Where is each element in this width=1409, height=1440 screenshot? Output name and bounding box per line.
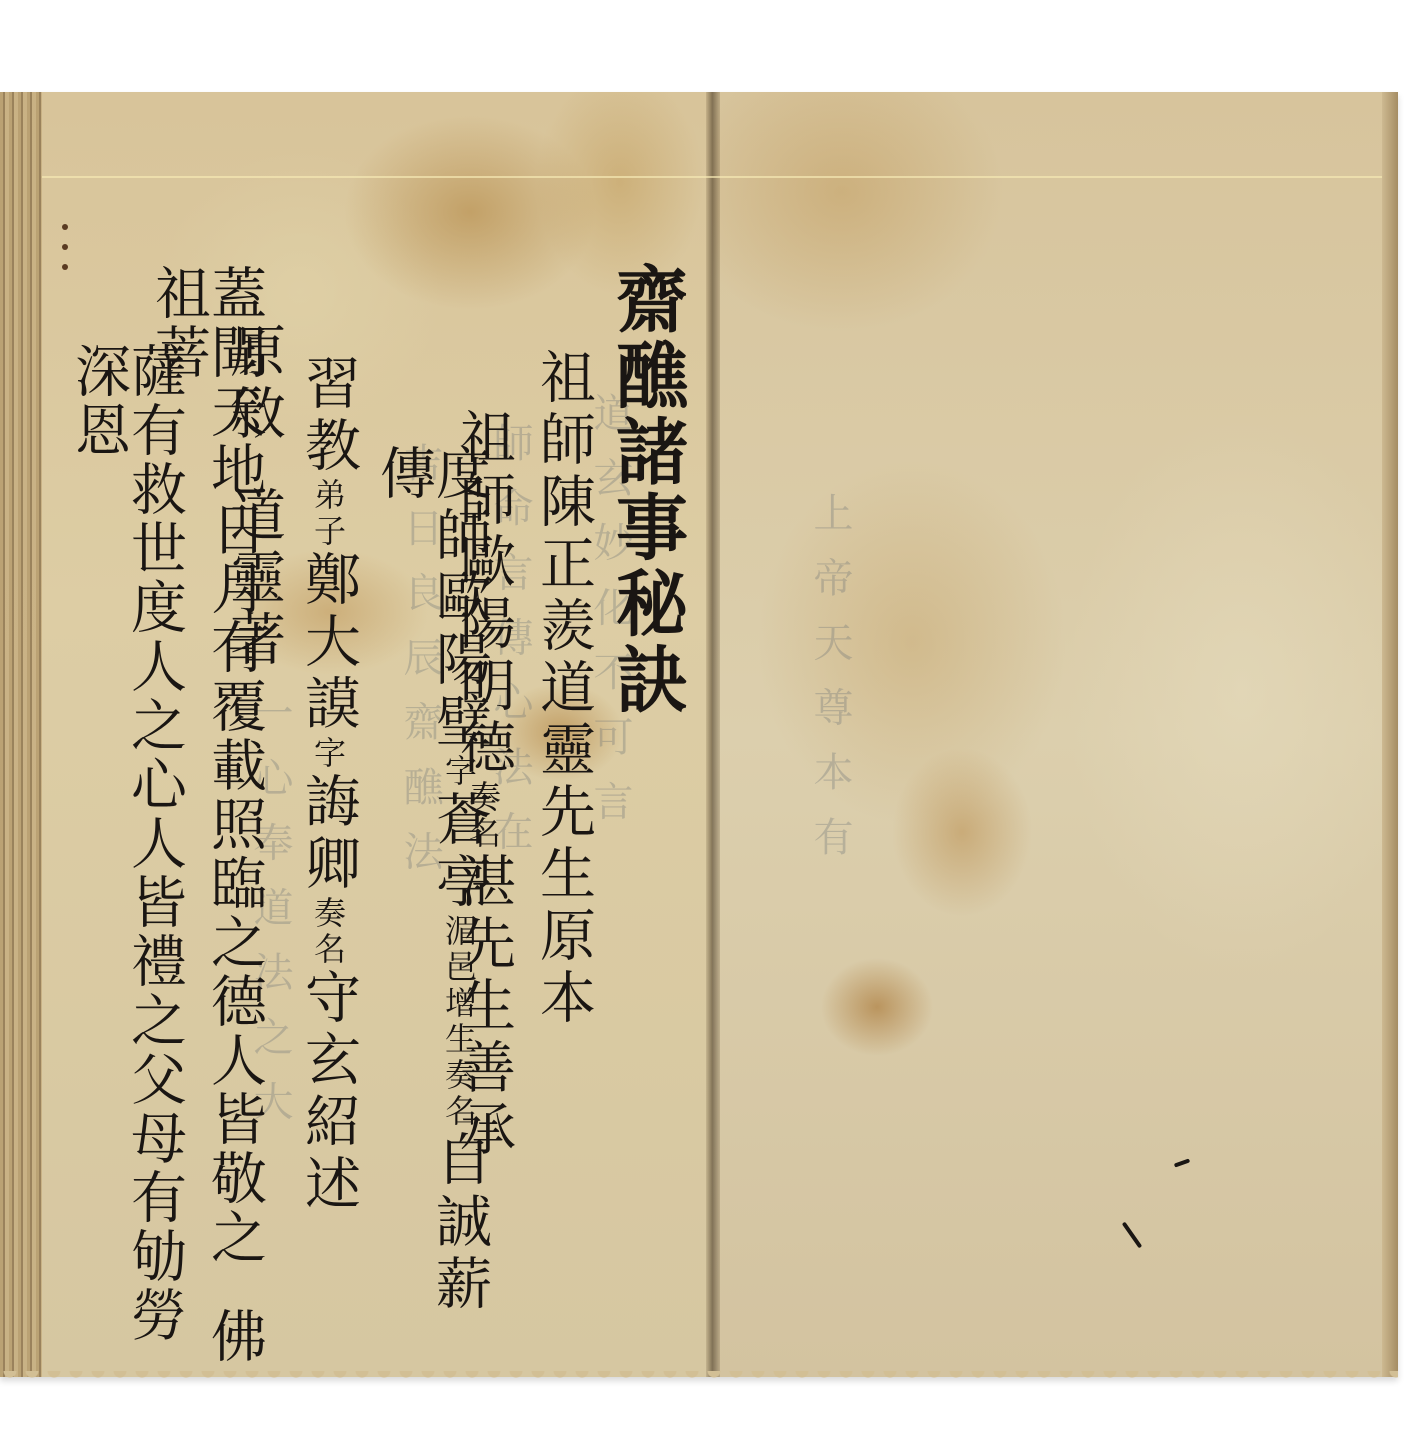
column-text: 習教 [296,354,361,478]
annotation-text: 奏名 [309,896,347,968]
annotation-text: 字 [309,736,347,772]
binding-holes [62,224,68,284]
manuscript-title: 齋醮諸事秘訣 [610,262,682,718]
crease-line [42,176,1382,178]
column-text: 蓋聞天地日月有覆載照臨之德人皆敬之 [202,264,267,1267]
text-column-1: 祖師陳正羨道靈先生原本 [535,348,591,1030]
bleed-through-text: 上 帝 天 尊 本 有 [810,492,850,862]
binding-hole [62,244,68,250]
annotation-text: 湄邑增生奏名 [440,914,478,1130]
column-text: 祖師陳正羨道靈先生原本 [531,348,596,1030]
binding-hole [62,224,68,230]
spine-fold [706,92,720,1377]
text-column-3: 度師歐陽璧字蒼亭湄邑增生奏名自誠薪傳 [375,444,487,1377]
bound-edge [0,92,42,1377]
binding-hole [62,264,68,270]
manuscript-spread: 道 玄 妙 化 不 可 言 師 命 言 傳 心 法 在 吉 日 良 辰 齋 醮 … [0,92,1398,1377]
column-text: 蒼亭 [427,790,492,914]
column-text: 度師歐陽璧 [427,444,492,754]
page-edge [1382,92,1398,1377]
column-text: 守玄紹述 [296,968,361,1216]
text-column-4: 習教弟子鄭大謨字誨卿奏名守玄紹述 [300,354,356,1216]
column-text: 薩有救世度人之心人皆禮之父母有劬勞深恩 [66,342,187,1345]
annotation-text: 字 [440,754,478,790]
text-column-7: 薩有救世度人之心人皆禮之父母有劬勞深恩 [70,342,182,1377]
column-text: 誨卿 [296,772,361,896]
annotation-text: 弟子 [309,478,347,550]
column-text: 鄭大謨 [296,550,361,736]
